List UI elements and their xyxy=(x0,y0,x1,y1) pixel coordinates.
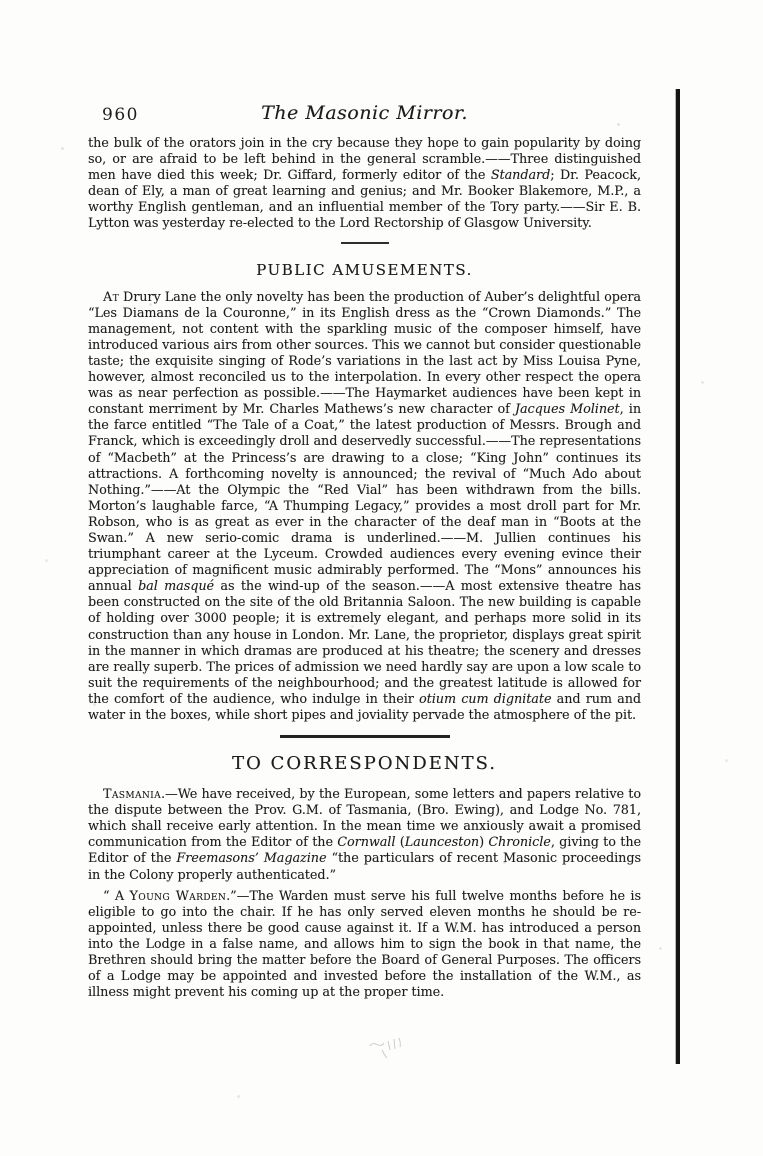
publication-title: The Masonic Mirror. xyxy=(88,102,641,124)
section-heading-public-amusements: PUBLIC AMUSEMENTS. xyxy=(88,261,641,279)
scanned-page: 960 The Masonic Mirror. the bulk of the … xyxy=(0,0,763,1156)
page-edge-rule xyxy=(676,89,680,1064)
section-divider-thick xyxy=(280,735,450,738)
section-heading-to-correspondents: TO CORRESPONDENTS. xyxy=(88,753,641,774)
pencil-smudge xyxy=(368,1034,420,1060)
intro-paragraph: the bulk of the orators join in the cry … xyxy=(88,135,641,232)
paragraph-tasmania: Tasmania.—We have received, by the Europ… xyxy=(88,786,641,883)
text-column: 960 The Masonic Mirror. the bulk of the … xyxy=(88,102,641,1000)
page-number: 960 xyxy=(102,105,139,125)
paragraph-young-warden: “ A Young Warden.”—The Warden must serve… xyxy=(88,888,641,1001)
page-header: 960 The Masonic Mirror. xyxy=(88,102,641,128)
section-divider xyxy=(341,242,389,244)
scan-noise xyxy=(0,0,1,1)
paragraph-amusements: At Drury Lane the only novelty has been … xyxy=(88,289,641,724)
section-to-correspondents: TO CORRESPONDENTS. Tasmania.—We have rec… xyxy=(88,753,641,1000)
section-public-amusements: PUBLIC AMUSEMENTS. At Drury Lane the onl… xyxy=(88,261,641,724)
